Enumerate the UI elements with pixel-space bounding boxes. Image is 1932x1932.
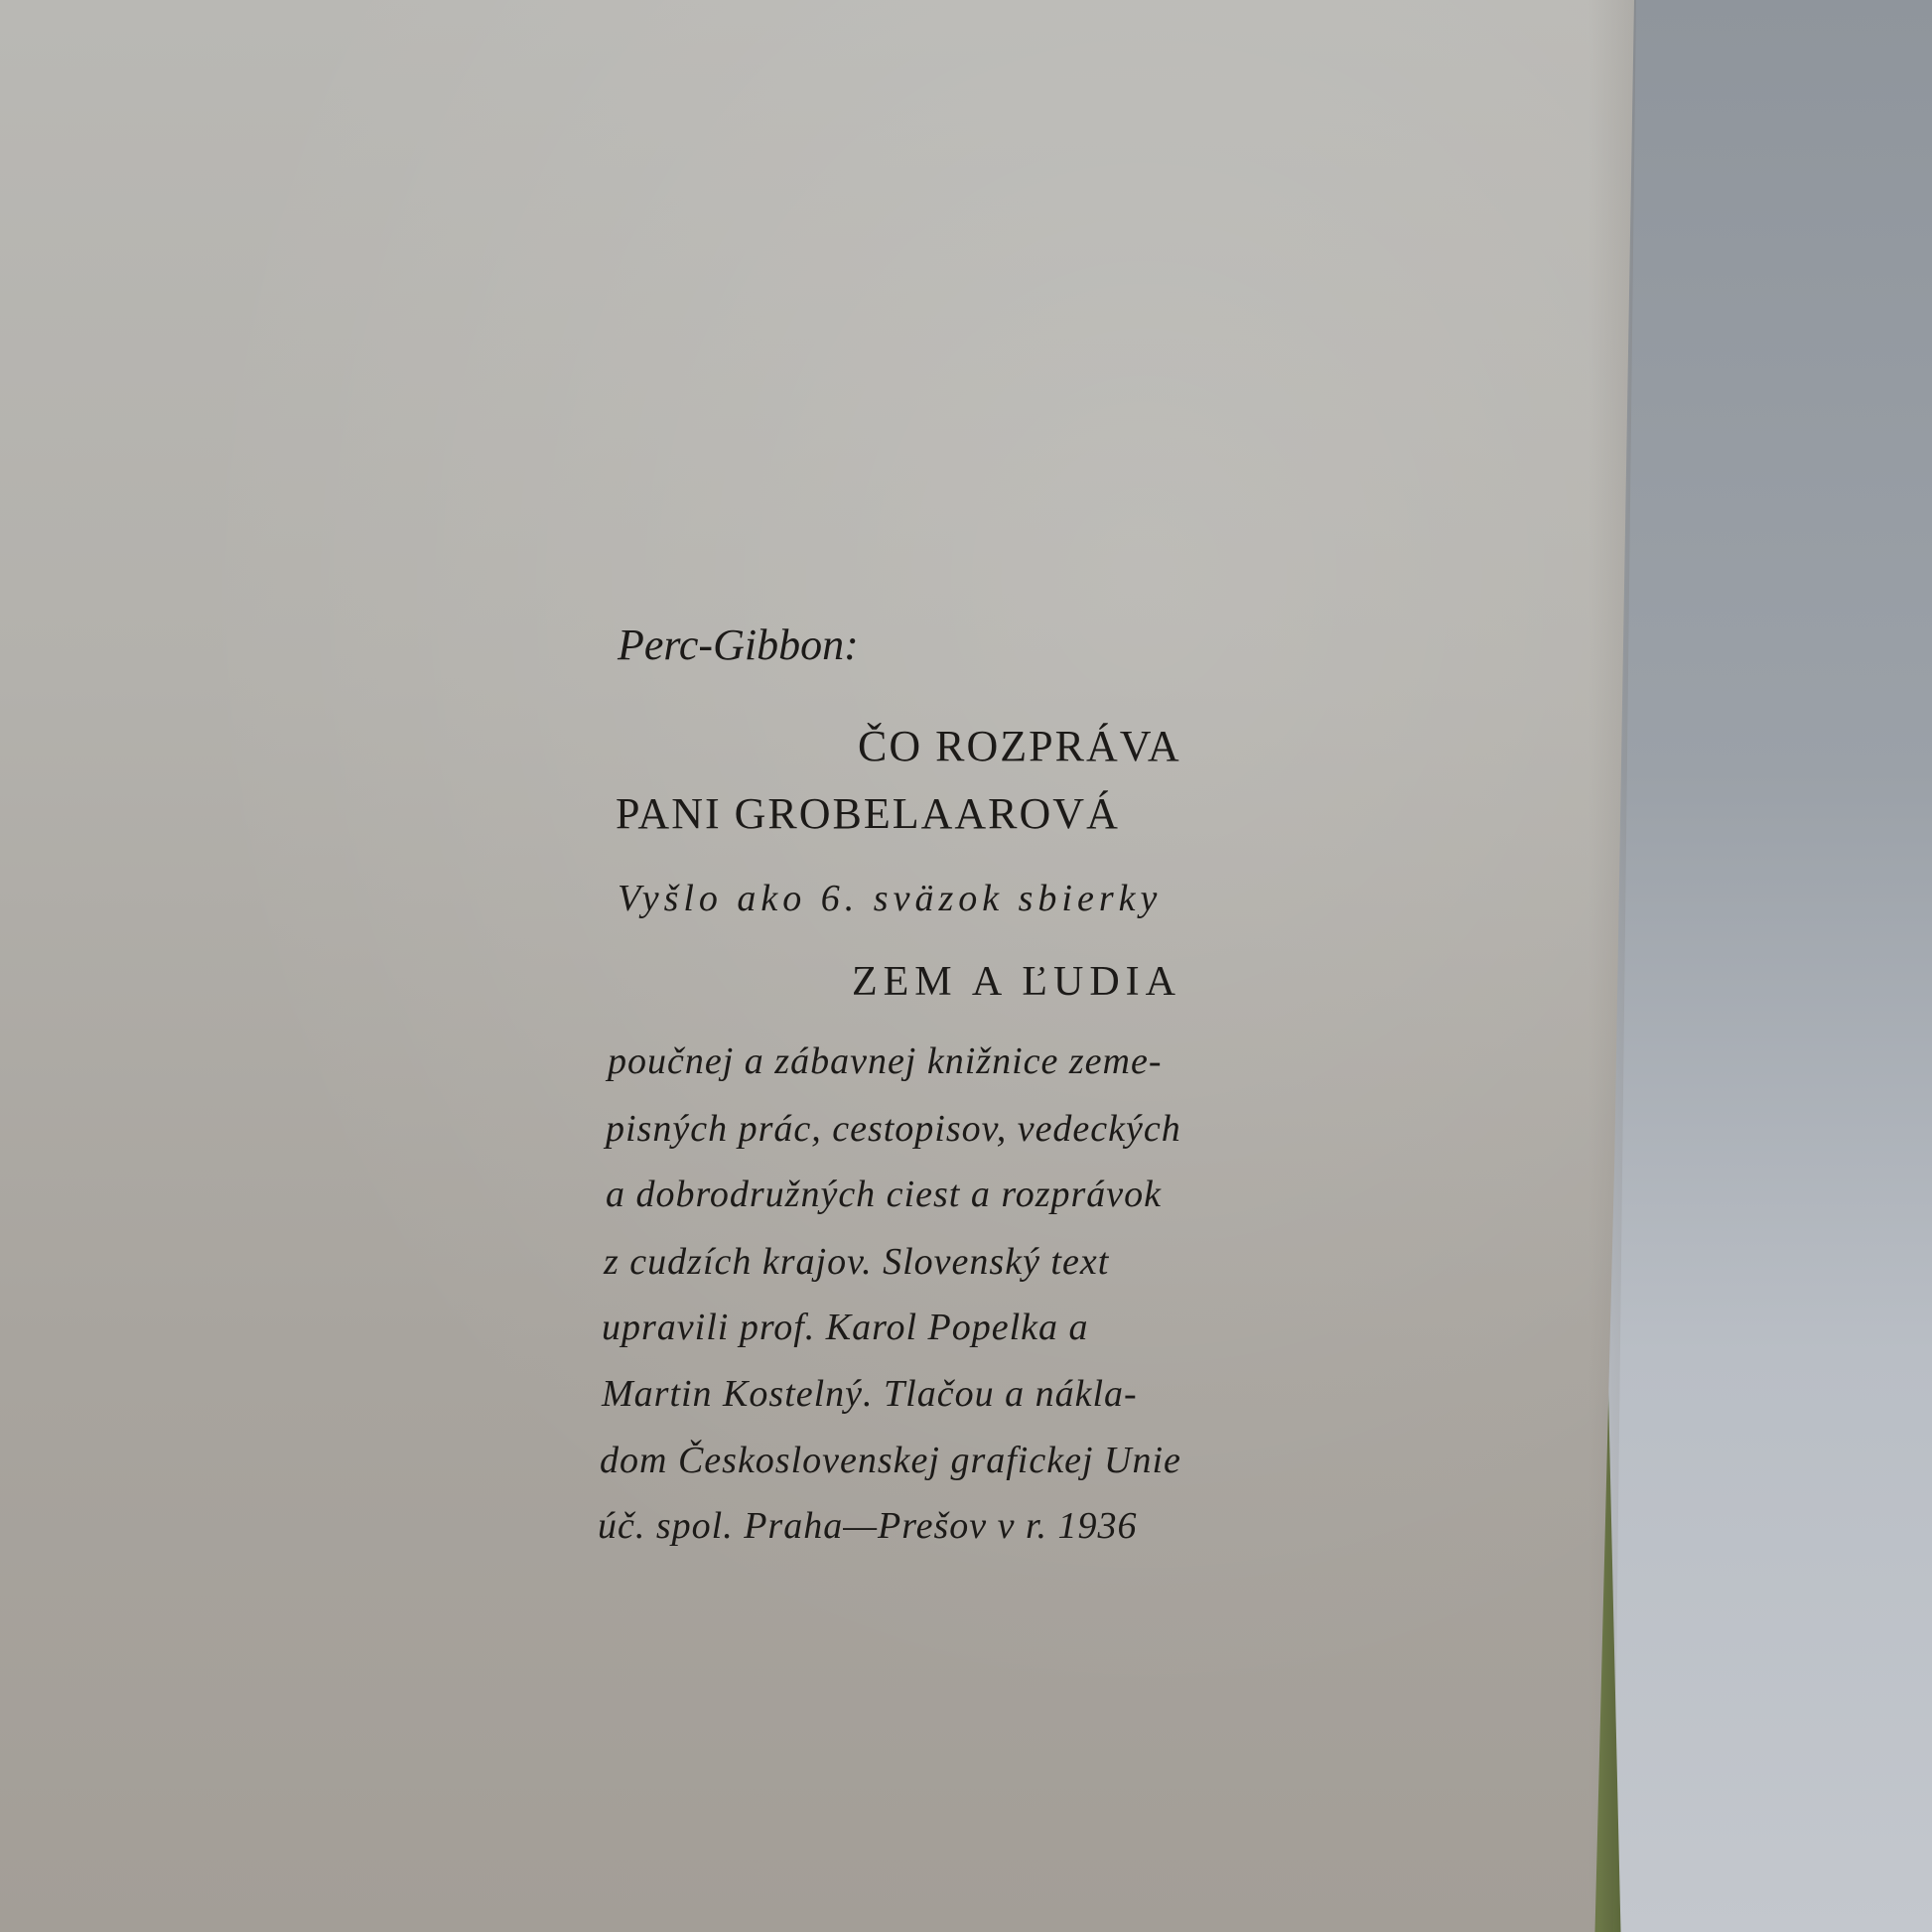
colophon-text-line: poučnej a zábavnej knižnice zeme- (608, 1042, 1163, 1080)
book-page (0, 0, 1634, 1932)
colophon-text-line: Martin Kostelný. Tlačou a nákla- (602, 1375, 1138, 1413)
colophon-text-line: upravili prof. Karol Popelka a (602, 1309, 1089, 1346)
colophon-text-line: pisných prác, cestopisov, vedeckých (606, 1110, 1181, 1148)
book-title-line-2: PANI GROBELAAROVÁ (616, 792, 1120, 836)
book-title-line-1: ČO ROZPRÁVA (858, 725, 1181, 768)
colophon-text-line: a dobrodružných ciest a rozprávok (606, 1175, 1162, 1213)
colophon-text-line: z cudzích krajov. Slovenský text (604, 1243, 1109, 1281)
author-name: Perc-Gibbon: (618, 623, 859, 667)
colophon-text-line: úč. spol. Praha—Prešov v r. 1936 (598, 1507, 1138, 1545)
series-name: ZEM A ĽUDIA (852, 961, 1181, 1003)
series-volume-note: Vyšlo ako 6. sväzok sbierky (618, 880, 1162, 917)
colophon-text-line: dom Československej grafickej Unie (600, 1442, 1181, 1479)
